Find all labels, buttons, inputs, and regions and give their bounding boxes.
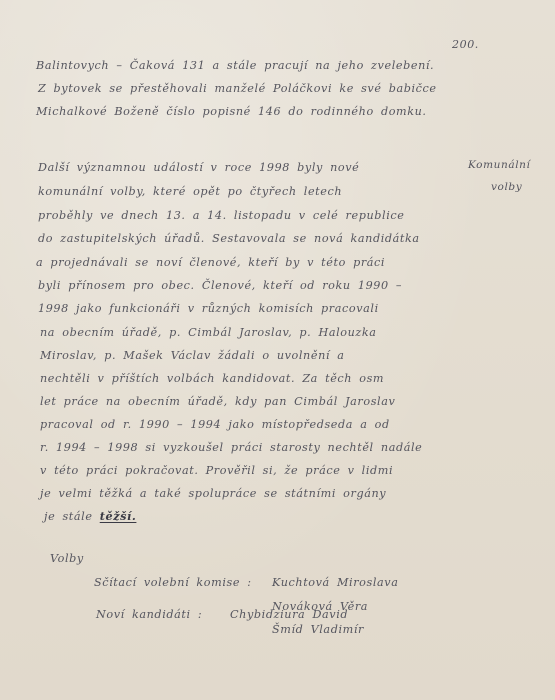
paragraph-line: je velmi těžká a také spolupráce se stát… [40,488,386,499]
paragraph-line: komunální volby, které opět po čtyřech l… [38,186,342,197]
paragraph-line: let práce na obecním úřadě, kdy pan Cimb… [40,396,395,407]
paragraph-line: a projednávali se noví členové, kteří by… [36,257,385,268]
paragraph-line: 1998 jako funkcionáři v různých komisích… [38,303,379,314]
candidate-name: Chybidziura David [230,609,348,620]
underlined-word: těžší. [100,509,137,523]
commission-label: Sčítací volební komise : [94,577,252,588]
paragraph-line: v této práci pokračovat. Prověřil si, že… [40,465,393,476]
paragraph-line: nechtěli v příštích volbách kandidovat. … [40,373,384,384]
paragraph-line: Další významnou událostí v roce 1998 byl… [38,162,359,173]
intro-line: Michalkové Boženě číslo popisné 146 do r… [36,106,427,117]
paragraph-line: byli přínosem pro obec. Členové, kteří o… [38,280,402,291]
page-number: 200. [452,39,479,50]
intro-line: Balintovych – Čaková 131 a stále pracují… [36,60,434,71]
paragraph-line: r. 1994 – 1998 si vyzkoušel práci staros… [40,442,422,453]
commission-member: Kuchtová Miroslava [272,577,398,588]
paragraph-line: Miroslav, p. Mašek Václav žádali o uvoln… [40,350,345,361]
paragraph-last-line: je stále těžší. [44,511,136,522]
paragraph-line: je stále [44,510,100,523]
handwritten-chronicle-page: 200. Balintovych – Čaková 131 a stále pr… [0,0,555,700]
section-heading-volby: Volby [50,553,84,564]
paragraph-line: proběhly ve dnech 13. a 14. listopadu v … [38,210,404,221]
candidates-label: Noví kandidáti : [96,609,202,620]
paragraph-line: na obecním úřadě, p. Cimbál Jaroslav, p.… [40,327,377,338]
intro-line: Z bytovek se přestěhovali manželé Poláčk… [38,83,437,94]
commission-member: Šmíd Vladimír [272,624,364,635]
margin-note-title: Komunální [468,160,531,171]
paragraph-line: do zastupitelských úřadů. Sestavovala se… [38,233,420,244]
paragraph-line: pracoval od r. 1990 – 1994 jako místopře… [40,419,390,430]
margin-note-subtitle: volby [491,182,522,193]
